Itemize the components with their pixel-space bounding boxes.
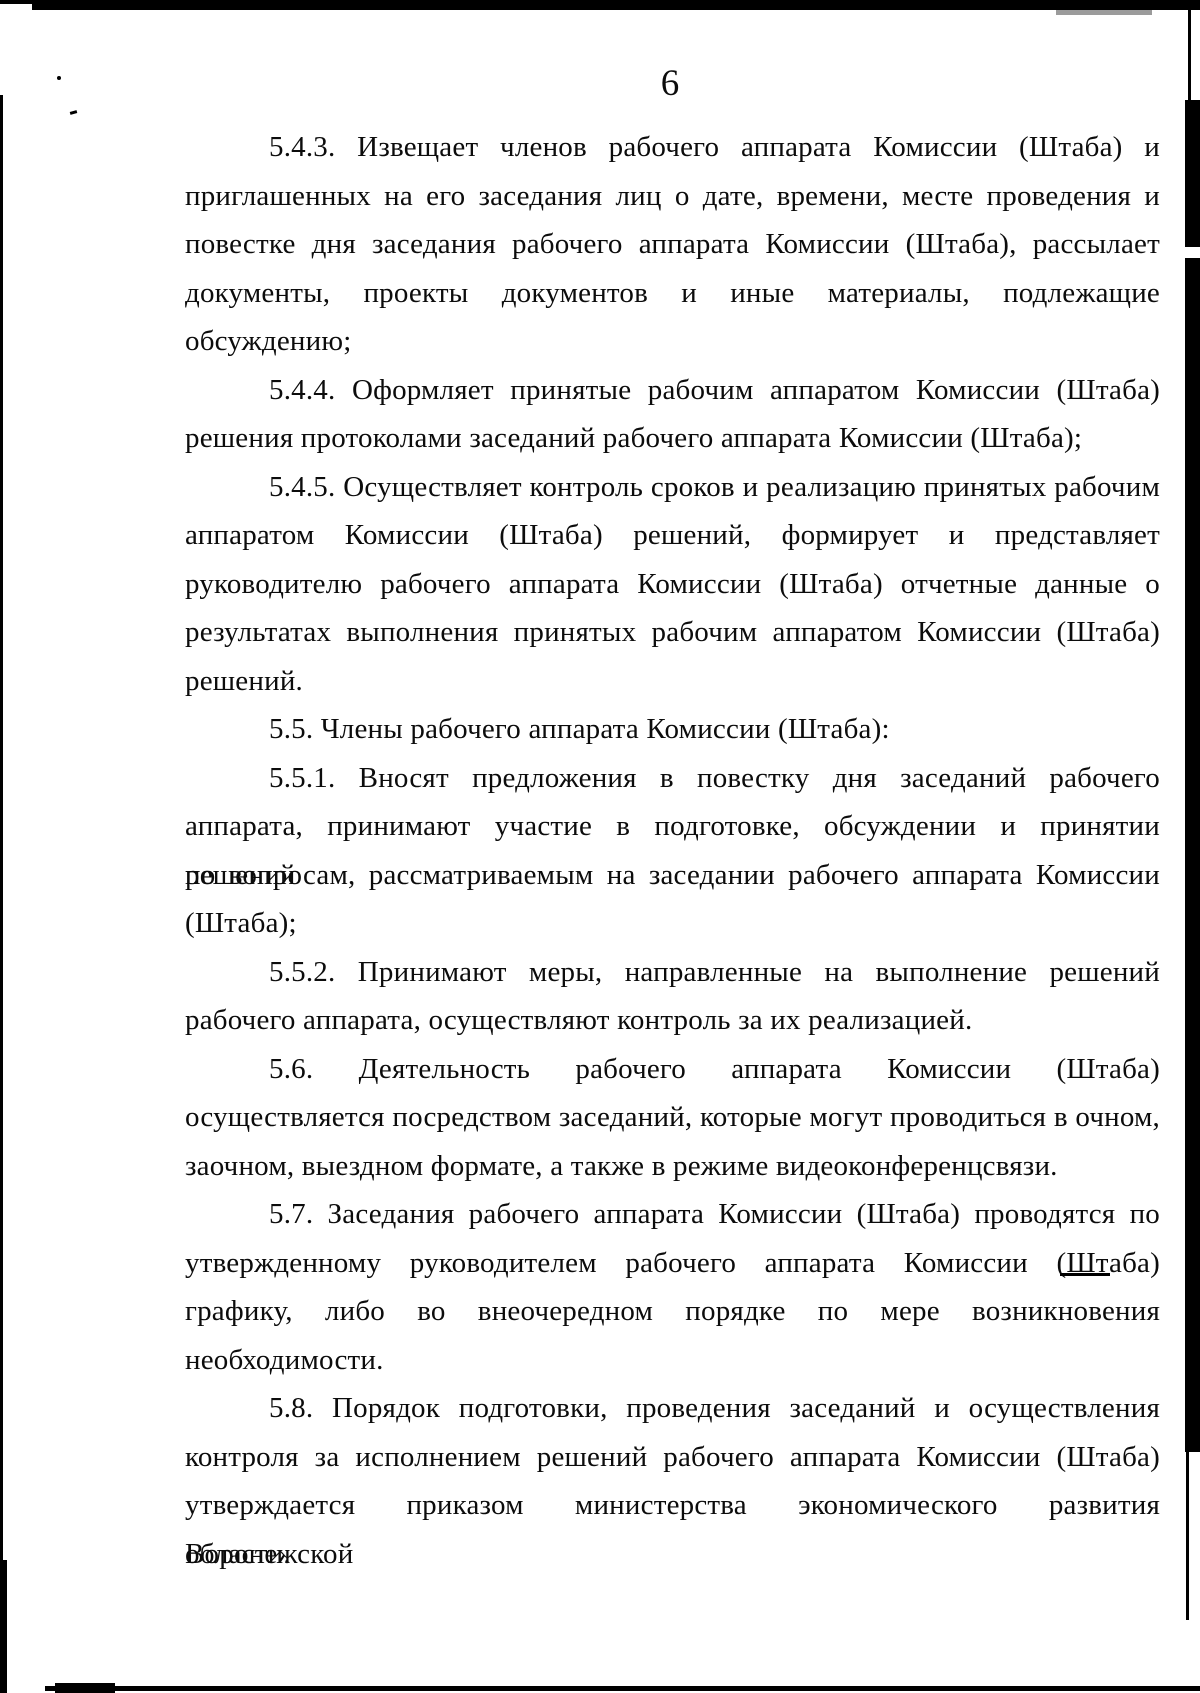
scan-edge-right-band: [1185, 100, 1200, 1452]
scan-edge-top-shadow: [1056, 10, 1152, 15]
text-line: документы, проекты документов и иные мат…: [185, 269, 1160, 318]
text-line: результатах выполнения принятых рабочим …: [185, 608, 1160, 657]
text-line: 5.4.5. Осуществляет контроль сроков и ре…: [185, 463, 1160, 512]
document-body: 5.4.3. Извещает членов рабочего аппарата…: [185, 123, 1160, 1578]
paragraph-5-4-5: 5.4.5. Осуществляет контроль сроков и ре…: [185, 463, 1160, 706]
paragraph-5-7: 5.7. Заседания рабочего аппарата Комисси…: [185, 1190, 1160, 1384]
scan-edge-right-thin-bottom: [1186, 1452, 1189, 1620]
scan-edge-bottom: [45, 1686, 1200, 1691]
scanned-document-page: 6 5.4.3. Извещает членов рабочего аппара…: [0, 0, 1200, 1693]
text-line: графику, либо во внеочередном порядке по…: [185, 1287, 1160, 1336]
text-line: приглашенных на его заседания лиц о дате…: [185, 172, 1160, 221]
paragraph-5-5: 5.5. Члены рабочего аппарата Комиссии (Ш…: [185, 705, 1160, 754]
text-line: 5.7. Заседания рабочего аппарата Комисси…: [185, 1190, 1160, 1239]
text-line: 5.5.1. Вносят предложения в повестку дня…: [185, 754, 1160, 803]
text-line: руководителю рабочего аппарата Комиссии …: [185, 560, 1160, 609]
text-line: утвержденному руководителем рабочего апп…: [185, 1239, 1160, 1288]
page-number: 6: [140, 62, 1200, 105]
text-line: по вопросам, рассматриваемым на заседани…: [185, 851, 1160, 900]
text-line: 5.8. Порядок подготовки, проведения засе…: [185, 1384, 1160, 1433]
paragraph-5-6: 5.6. Деятельность рабочего аппарата Коми…: [185, 1045, 1160, 1191]
paragraph-5-5-1: 5.5.1. Вносят предложения в повестку дня…: [185, 754, 1160, 948]
text-line: 5.4.3. Извещает членов рабочего аппарата…: [185, 123, 1160, 172]
text-line: утверждается приказом министерства эконо…: [185, 1481, 1160, 1530]
text-line: необходимости.: [185, 1336, 1160, 1385]
text-line: решений.: [185, 657, 1160, 706]
text-line: 5.6. Деятельность рабочего аппарата Коми…: [185, 1045, 1160, 1094]
text-line: аппаратом Комиссии (Штаба) решений, форм…: [185, 511, 1160, 560]
paragraph-5-5-2: 5.5.2. Принимают меры, направленные на в…: [185, 948, 1160, 1045]
text-line: 5.5. Члены рабочего аппарата Комиссии (Ш…: [185, 705, 1160, 754]
scan-edge-top: [0, 0, 1200, 10]
scan-edge-left: [0, 95, 3, 1693]
scan-edge-left-bottom: [0, 1560, 7, 1693]
text-line: 5.4.4. Оформляет принятые рабочим аппара…: [185, 366, 1160, 415]
scan-edge-right-thin-top: [1188, 8, 1191, 104]
stray-underline-artifact: [1060, 1273, 1110, 1276]
scan-edge-top-notch: [0, 4, 32, 10]
text-line: осуществляется посредством заседаний, ко…: [185, 1093, 1160, 1142]
text-line: аппарата, принимают участие в подготовке…: [185, 802, 1160, 851]
text-line: рабочего аппарата, осуществляют контроль…: [185, 996, 1160, 1045]
paragraph-5-8: 5.8. Порядок подготовки, проведения засе…: [185, 1384, 1160, 1578]
text-line: 5.5.2. Принимают меры, направленные на в…: [185, 948, 1160, 997]
text-line: заочном, выездном формате, а также в реж…: [185, 1142, 1160, 1191]
paragraph-5-4-4: 5.4.4. Оформляет принятые рабочим аппара…: [185, 366, 1160, 463]
scan-edge-bottom-dash: [55, 1683, 115, 1693]
ink-speck: [70, 110, 78, 115]
text-line: (Штаба);: [185, 899, 1160, 948]
ink-speck: [57, 76, 61, 80]
paragraph-5-4-3: 5.4.3. Извещает членов рабочего аппарата…: [185, 123, 1160, 366]
text-line: повестке дня заседания рабочего аппарата…: [185, 220, 1160, 269]
text-line: контроля за исполнением решений рабочего…: [185, 1433, 1160, 1482]
text-line: обсуждению;: [185, 317, 1160, 366]
text-line: решения протоколами заседаний рабочего а…: [185, 414, 1160, 463]
scan-edge-right-gap: [1185, 247, 1200, 258]
